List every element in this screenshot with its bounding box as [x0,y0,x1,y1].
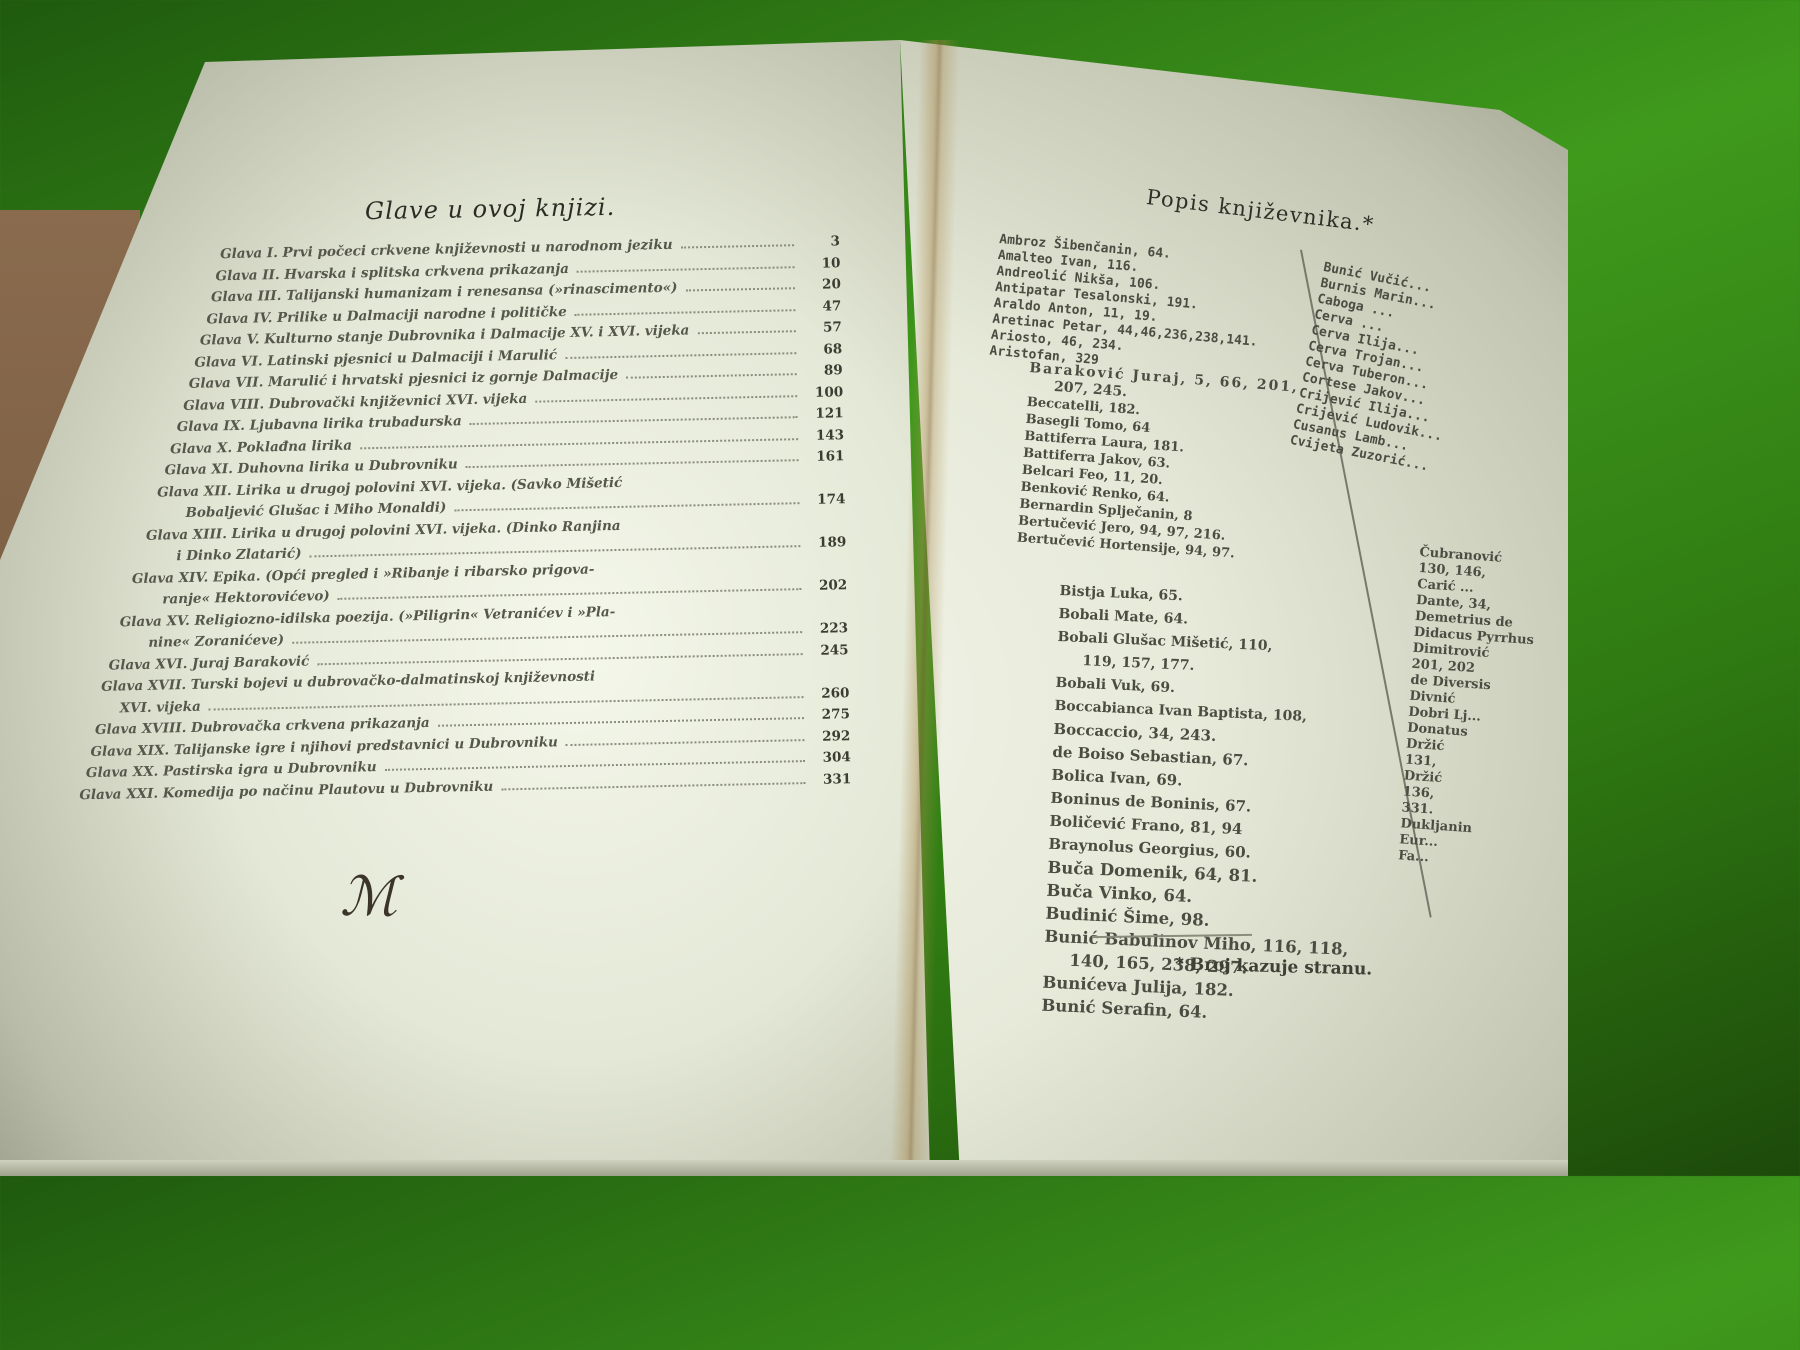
toc-leader-dots [575,309,796,316]
toc-page-number: 89 [807,362,843,379]
toc-page-number: 260 [813,685,849,702]
table-of-contents: Glava I. Prvi počeci crkvene književnost… [40,233,852,809]
toc-leader-dots [470,416,798,425]
toc-leader-dots [577,266,795,273]
toc-leader-dots [566,739,805,746]
toc-page-number: 292 [814,728,850,745]
toc-page-number: 143 [808,427,844,444]
toc-leader-dots [697,330,796,334]
toc-label: nine« Zoranićeve) [148,632,284,651]
toc-page-number: 331 [815,771,851,788]
toc-label: XVI. vijeka [119,698,201,716]
toc-page-number [811,568,847,569]
toc-label: i Dinko Zlatarić) [176,546,301,565]
toc-leader-dots [681,244,795,248]
toc-leader-dots [629,526,800,530]
toc-leader-dots [466,459,799,468]
toc-leader-dots [603,676,803,680]
ornament-flourish-icon: ℳ [340,865,398,928]
toc-leader-dots [385,760,805,771]
toc-leader-dots [565,352,796,359]
toc-page-number: 245 [812,642,848,659]
toc-leader-dots [501,782,805,790]
toc-leader-dots [623,612,801,616]
toc-label: ranje« Hektorovićevo) [162,588,330,608]
toc-page-number: 47 [805,298,841,315]
toc-page-number [813,675,849,676]
toc-leader-dots [360,438,798,449]
toc-leader-dots [292,631,802,644]
toc-leader-dots [310,545,801,557]
toc-leader-dots [438,717,804,727]
toc-leader-dots [317,653,802,665]
toc-page-number: 20 [805,276,841,293]
toc-page-number: 304 [815,749,851,766]
toc-leader-dots [626,373,797,379]
toc-page-number: 121 [807,405,843,422]
toc-page-number: 275 [814,706,850,723]
toc-page-number [809,482,845,483]
toc-leader-dots [630,483,799,487]
toc-page-number: 161 [808,448,844,465]
toc-leader-dots [454,502,799,511]
toc-leader-dots [338,588,802,600]
toc-leader-dots [685,287,795,291]
toc-page-number: 202 [811,577,847,594]
toc-page-number [812,611,848,612]
toc-page-number: 68 [806,341,842,358]
open-book: Glave u ovoj knjizi. Glava I. Prvi počec… [0,0,1568,1176]
toc-leader-dots [535,395,797,402]
toc-page-number: 10 [804,255,840,272]
toc-leader-dots [602,569,800,573]
toc-label: Glava XVI. Juraj Baraković [109,653,310,673]
toc-page-number: 3 [804,233,840,250]
toc-page-number: 223 [812,620,848,637]
toc-page-number: 57 [806,319,842,336]
toc-page-number: 100 [807,384,843,401]
toc-title: Glave u ovoj knjizi. [365,193,616,225]
toc-label: Glava X. Poklađna lirika [170,437,352,457]
toc-page-number [810,525,846,526]
index-side-column-right: Čubranović130, 146,Carić ...Dante, 34,De… [1398,545,1568,875]
toc-page-number: 189 [810,534,846,551]
page-bottom-edge [0,1160,1568,1176]
toc-page-number: 174 [809,491,845,508]
toc-leader-dots [209,696,804,710]
